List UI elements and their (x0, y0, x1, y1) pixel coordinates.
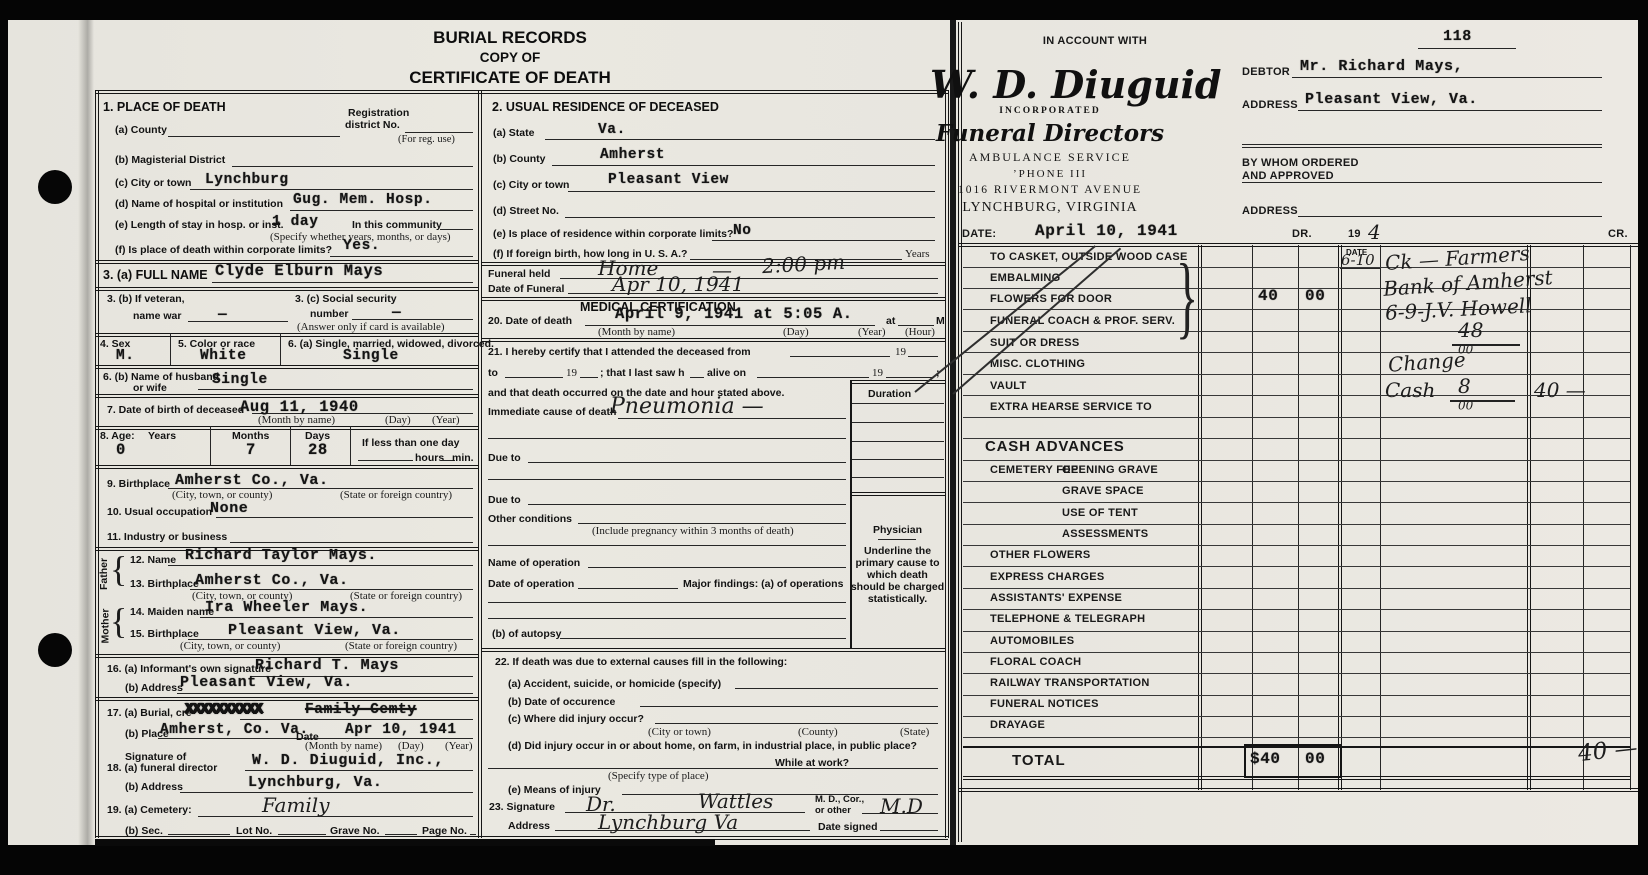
cert-border-top (95, 90, 948, 94)
duration-cell-rule (852, 422, 944, 423)
s3c-value: — (392, 305, 401, 321)
section-divider (95, 333, 478, 337)
s7-sub3: (Year) (432, 414, 460, 426)
rule (1292, 77, 1602, 78)
s8-months-value: 7 (246, 441, 256, 459)
s1-county-label: (a) County (115, 124, 167, 136)
cr-header: CR. (1608, 228, 1628, 240)
father-birth-value: Amherst Co., Va. (195, 572, 349, 589)
ledger-item: DRAYAGE (990, 719, 1045, 731)
s2-city-label: (c) City or town (493, 179, 569, 191)
s19-lot-label: Lot No. (236, 825, 272, 837)
ledger-vline (1380, 245, 1381, 790)
ledger-row-rule (963, 460, 1630, 461)
s3b-value: — (218, 307, 227, 323)
rule (200, 617, 473, 618)
s7-label: 7. Date of birth of deceased (107, 404, 244, 416)
op-date-label: Date of operation (488, 578, 574, 590)
father-brace: { (110, 548, 127, 590)
rule (168, 136, 340, 137)
ledger-item: ASSISTANTS' EXPENSE (990, 592, 1122, 604)
op-label: Name of operation (488, 557, 580, 569)
duration-box-top (850, 380, 945, 384)
s21-lastsaw: ; that I last saw h (600, 367, 685, 379)
s18-label2: 18. (a) funeral director (107, 762, 217, 774)
ledger-row-rule (963, 395, 1630, 396)
ledger-bottom-border (958, 788, 1640, 792)
duration-box-left (850, 380, 852, 648)
cert-column-divider (478, 90, 482, 838)
year-typed: 19 (1348, 228, 1361, 240)
street-address: 1016 RIVERMONT AVENUE (930, 184, 1170, 196)
s11-label: 11. Industry or business (107, 531, 227, 543)
s2-state-value: Va. (598, 122, 626, 138)
business-type: Funeral Directors (930, 120, 1170, 147)
ledger-row-rule (963, 502, 1630, 503)
s1-city-label: (c) City or town (115, 177, 191, 189)
in-account-with: IN ACCOUNT WITH (980, 35, 1210, 47)
dr-header: DR. (1292, 228, 1312, 240)
rule (560, 638, 846, 639)
funeral-date-label: Date of Funeral (488, 283, 564, 295)
incorporated-label: INCORPORATED (930, 106, 1170, 116)
cause-value: Pneumonia — (610, 394, 764, 419)
s10-label: 10. Usual occupation (107, 506, 212, 518)
ledger-row-rule (963, 524, 1630, 525)
s16-value: Richard T. Mays (255, 657, 399, 674)
s1-city-value: Lynchburg (205, 172, 289, 188)
physician-note: Underline the primary cause to which dea… (850, 545, 945, 605)
firm-name: W. D. Diuguid (930, 62, 1170, 107)
cell-divider (280, 333, 281, 365)
total-rule-bottom (963, 776, 1630, 780)
ledger-top-border (958, 243, 1640, 247)
rule (908, 356, 938, 357)
rule (198, 389, 473, 390)
s22-c-sub2: (County) (798, 726, 838, 738)
rule (1242, 147, 1602, 148)
ledger-item: TO CASKET, OUTSIDE WOOD CASE (990, 251, 1188, 263)
physician-label: Physician (850, 524, 945, 536)
section-divider (95, 465, 478, 469)
ledger-item: FUNERAL COACH & PROF. SERV. (990, 315, 1175, 327)
ledger-row-rule (963, 716, 1630, 717)
ledger-item: VAULT (990, 380, 1027, 392)
s20-m-label: M (936, 315, 945, 327)
ledger-item: FLORAL COACH (990, 656, 1081, 668)
casket-group-bracket: } (1176, 243, 1198, 349)
rule (216, 517, 473, 518)
rule (488, 479, 846, 480)
rule (190, 189, 473, 190)
s21-alive: alive on (707, 367, 746, 379)
s22-d-sub: (Specify type of place) (608, 770, 708, 782)
duration-box-bottom (850, 492, 945, 496)
ledger-vline (1527, 245, 1531, 790)
duration-label: Duration (868, 388, 911, 400)
ordered-label-2: AND APPROVED (1242, 170, 1334, 182)
rule (1450, 400, 1515, 402)
s23-md-label2: or other (815, 805, 851, 816)
s1-hospital-value: Gug. Mem. Hosp. (293, 192, 433, 208)
cell-divider (350, 426, 351, 465)
rule (790, 356, 890, 357)
rule (1452, 344, 1520, 346)
s3a-value: Clyde Elburn Mays (215, 262, 383, 280)
s17-label: 17. (a) Burial, cre (107, 707, 192, 719)
s23-addr-value: Lynchburg Va (598, 810, 738, 834)
s23-date-label: Date signed (818, 821, 878, 833)
year-handwritten: 4 (1368, 220, 1381, 244)
rule (177, 693, 473, 694)
rule (470, 834, 476, 835)
s2-years-label: Years (905, 248, 930, 260)
s3c-label2: number (310, 308, 349, 320)
rule (232, 166, 473, 167)
section-divider (95, 365, 478, 369)
section-divider (95, 287, 478, 291)
ledger-vline (1252, 245, 1253, 790)
s20-sub1: (Month by name) (598, 326, 675, 338)
ledger-item: FUNERAL NOTICES (990, 698, 1099, 710)
s8-less-label: If less than one day (362, 437, 459, 449)
ledger-row-rule (963, 673, 1630, 674)
s2-corp-value: No (733, 223, 752, 239)
ledger-page-number: 118 (1443, 28, 1472, 45)
mother-brace: { (110, 600, 127, 642)
rule (488, 545, 846, 546)
cause-label: Immediate cause of death (488, 406, 616, 418)
s1-registration-label: Registration (348, 107, 409, 119)
section-divider (481, 338, 945, 342)
s22-a-label: (a) Accident, suicide, or homicide (spec… (508, 678, 721, 690)
funeral-held-time: 2:00 pm (761, 250, 845, 278)
total-label: TOTAL (1012, 752, 1066, 769)
ledger-row-rule (963, 481, 1630, 482)
ledger-item: GRAVE SPACE (1062, 485, 1144, 497)
s21-line1: 21. I hereby certify that I attended the… (488, 346, 751, 358)
cert-border-left (95, 90, 99, 838)
s23-md-label1: M. D., Cor., (815, 794, 864, 805)
rule (690, 377, 704, 378)
s17-value: Family Cemty (305, 702, 417, 718)
ledger-item: USE OF TENT (1062, 507, 1138, 519)
spine-shadow (78, 20, 94, 845)
rule (578, 523, 846, 524)
scan-shadow-bottom-left (95, 839, 715, 846)
scanned-burial-record: BURIAL RECORDS COPY OF CERTIFICATE OF DE… (0, 0, 1648, 875)
scan-margin-left (0, 0, 8, 875)
rule (757, 377, 869, 378)
s9-sub2: (State or foreign country) (340, 489, 452, 501)
rule (735, 688, 938, 689)
s18-addr-value: Lynchburg, Va. (248, 774, 382, 791)
duration-cell-rule (852, 403, 944, 404)
rule (886, 377, 934, 378)
phone-line: ’PHONE III (930, 168, 1170, 180)
ledger-row-rule (963, 652, 1630, 653)
s9-label: 9. Birthplace (107, 478, 170, 490)
s1-corporate-label: (f) Is place of death within corporate l… (115, 244, 332, 256)
ledger-item: MISC. CLOTHING (990, 358, 1085, 370)
s2-heading: 2. USUAL RESIDENCE OF DECEASED (492, 100, 719, 114)
s2-city-value: Pleasant View (608, 172, 729, 188)
rule (568, 191, 935, 192)
scan-margin-top (0, 0, 1648, 20)
doc-title-1: BURIAL RECORDS (330, 28, 690, 48)
rule (1298, 216, 1602, 217)
section-divider (481, 648, 945, 652)
address-label: ADDRESS (1242, 99, 1298, 111)
mother-sub1: (City, town, or county) (180, 640, 280, 652)
s20-sub3: (Year) (858, 326, 886, 338)
rule (712, 240, 935, 241)
s2-street-label: (d) Street No. (493, 205, 559, 217)
s9-value: Amherst Co., Va. (175, 472, 329, 489)
rule (240, 719, 473, 720)
rule (528, 462, 846, 463)
s17-date-value: Apr 10, 1941 (345, 722, 457, 738)
rule (578, 588, 678, 589)
debtor-value: Mr. Richard Mays, (1300, 58, 1463, 75)
s22-b-label: (b) Date of occurence (508, 696, 615, 708)
rule (198, 816, 473, 817)
s8-days-value: 28 (308, 441, 328, 459)
s8-min-label: min. (452, 452, 474, 464)
ledger-row-rule (963, 417, 1630, 418)
ordered-label-1: BY WHOM ORDERED (1242, 157, 1359, 169)
s1-corporate-value: Yes. (343, 238, 380, 254)
funeral-held-label: Funeral held (488, 268, 550, 280)
duration-cell-rule (852, 441, 944, 442)
ledger-row-rule (963, 737, 1630, 738)
father-name-value: Richard Taylor Mays. (185, 547, 377, 564)
s10-value: None (210, 500, 248, 517)
rule (330, 256, 473, 257)
ledger-item: AUTOMOBILES (990, 635, 1074, 647)
s22-c-label: (c) Where did injury occur? (508, 713, 644, 725)
s21-19b: 19 (566, 367, 577, 379)
s20-sub2: (Day) (783, 326, 809, 338)
s21-to-label: to (488, 367, 498, 379)
doc-title-2: COPY OF (330, 50, 690, 65)
s1-magisterial-label: (b) Magisterial District (115, 154, 225, 166)
s23-md-value: M.D (880, 794, 923, 818)
rule (1242, 144, 1602, 145)
s21-19a: 19 (895, 346, 906, 358)
rule (852, 768, 938, 769)
s1-heading: 1. PLACE OF DEATH (103, 100, 226, 114)
rule (230, 542, 473, 543)
doc-title-3: CERTIFICATE OF DEATH (330, 68, 690, 88)
rule (488, 438, 846, 439)
address2-label: ADDRESS (1242, 205, 1298, 217)
rule (385, 834, 417, 835)
total-dollars: $40 (1250, 750, 1281, 768)
ledger-row-rule (963, 695, 1630, 696)
s8-hours-label: hours (415, 452, 444, 464)
s5-value: White (200, 348, 247, 364)
s17-sub1: (Month by name) (305, 740, 382, 752)
rule (405, 132, 473, 133)
rule (588, 567, 846, 568)
s16-addr-value: Pleasant View, Va. (180, 674, 353, 691)
father-birth-label: 13. Birthplace (130, 578, 199, 590)
s17-struck-value: XXXXXXXXXX (185, 702, 262, 718)
s8-years-label: Years (148, 430, 176, 442)
ledger-item: RAILWAY TRANSPORTATION (990, 677, 1150, 689)
s19-label: 19. (a) Cemetery: (107, 804, 192, 816)
charge-dollars: 40 (1258, 287, 1278, 305)
s20-value: April 9, 1941 at 5:05 A. (615, 305, 853, 323)
s1-district-label: district No. (345, 119, 400, 131)
findings-label: Major findings: (a) of operations (683, 578, 843, 590)
s3b-label2: name war (133, 310, 181, 322)
mother-sub2: (State or foreign country) (345, 640, 457, 652)
ledger-item: FLOWERS FOR DOOR (990, 293, 1112, 305)
rule (188, 321, 288, 322)
account-date-value: April 10, 1941 (1035, 222, 1178, 240)
s22-c-sub1: (City or town) (648, 726, 711, 738)
rule (440, 229, 473, 230)
rule (278, 834, 326, 835)
s1-hospital-label: (d) Name of hospital or institution (115, 198, 283, 210)
rule (1298, 110, 1602, 111)
rule (488, 618, 846, 619)
duration-cell-rule (852, 477, 944, 478)
other-label: Other conditions (488, 513, 572, 525)
rule (168, 565, 473, 566)
rule (245, 770, 473, 771)
cell-divider (290, 426, 291, 465)
rule (528, 504, 846, 505)
s3c-note: (Answer only if card is available) (297, 321, 445, 333)
s19-sec-label: (b) Sec. (125, 825, 163, 837)
s1-stay-label: (e) Length of stay in hosp. or inst. (115, 219, 284, 231)
cr-entry-40: 40 — (1534, 378, 1586, 402)
father-side-label: Father (98, 558, 110, 590)
debtor-label: DEBTOR (1242, 66, 1290, 78)
ledger-item: EXTRA HEARSE SERVICE TO (990, 401, 1152, 413)
s19-page-label: Page No. (422, 825, 467, 837)
rule (545, 139, 935, 140)
rule (352, 319, 473, 320)
other-sub: (Include pregnancy within 3 months of de… (592, 525, 794, 537)
rule (552, 165, 935, 166)
charge-cents: 00 (1305, 287, 1325, 305)
ledger-vline (1338, 245, 1342, 790)
ledger-row-rule (963, 566, 1630, 567)
address-value: Pleasant View, Va. (1305, 91, 1478, 108)
duration-cell-rule (852, 459, 944, 460)
punch-hole-top (38, 170, 72, 204)
ledger-row-rule (963, 609, 1630, 610)
rule (505, 377, 563, 378)
ledger-row-rule (963, 588, 1630, 589)
rule (168, 834, 230, 835)
cell-divider (210, 426, 211, 465)
s23-label: 23. Signature (489, 801, 555, 813)
s8-years-value: 0 (116, 441, 126, 459)
rule (880, 830, 938, 831)
punch-hole-bottom (38, 633, 72, 667)
rule (655, 723, 938, 724)
s20-sub4: (Hour) (905, 326, 935, 338)
account-date-label: DATE: (962, 228, 996, 240)
s2-county-label: (b) County (493, 153, 546, 165)
ambulance-service: AMBULANCE SERVICE (930, 150, 1170, 165)
s16-addr-label: (b) Address (125, 682, 183, 694)
s22-work-label: While at work? (775, 757, 849, 769)
rule (565, 217, 935, 218)
s23-addr-label: Address (508, 820, 550, 832)
s17-sub2: (Day) (398, 740, 424, 752)
rule (878, 539, 916, 540)
rule (358, 460, 413, 461)
s22-d-label: (d) Did injury occur in or about home, o… (508, 740, 917, 752)
date-col-value: 6-10 (1341, 251, 1375, 269)
s17-place-value: Amherst, Co. Va. (160, 722, 309, 738)
city-state: LYNCHBURG, VIRGINIA (930, 200, 1170, 216)
s21-19c: 19 (872, 367, 883, 379)
mother-name-value: Ira Wheeler Mays. (205, 599, 368, 616)
cell-divider (170, 333, 171, 365)
rule (640, 706, 938, 707)
s1-community-label: In this community (352, 219, 442, 231)
s2-corp-label: (e) Is place of residence within corpora… (493, 228, 733, 240)
s22-c-sub3: (State) (900, 726, 929, 738)
rule (1242, 182, 1602, 183)
section-divider (95, 697, 478, 701)
s6b-label2: or wife (133, 382, 167, 394)
note-amount-8: 800 (1458, 374, 1473, 422)
due1-label: Due to (488, 452, 521, 464)
ledger-item: EXPRESS CHARGES (990, 571, 1105, 583)
scan-margin-bottom (0, 845, 1648, 875)
s18-value: W. D. Diuguid, Inc., (252, 752, 444, 769)
s18-addr-label: (b) Address (125, 781, 183, 793)
ledger-vline (1583, 245, 1584, 790)
ledger-item: OPENING GRAVE (1062, 464, 1158, 476)
rule (1418, 48, 1516, 49)
scan-margin-right (1638, 0, 1648, 875)
ledger-item: ASSESSMENTS (1062, 528, 1148, 540)
s7-sub1: (Month by name) (258, 414, 335, 426)
rule (212, 282, 473, 283)
ledger-item: OTHER FLOWERS (990, 549, 1090, 561)
s2-county-value: Amherst (600, 147, 665, 163)
s7-sub2: (Day) (385, 414, 411, 426)
s20-label: 20. Date of death (488, 315, 572, 327)
s4-value: M. (116, 348, 135, 364)
s3b-label: 3. (b) If veteran, (107, 293, 185, 305)
s2-state-label: (a) State (493, 127, 534, 139)
ledger-row-rule (963, 631, 1630, 632)
s6b-value: Single (212, 372, 268, 388)
s17-sub3: (Year) (445, 740, 473, 752)
ledger-row-rule (963, 352, 1630, 353)
s6a-value: Single (343, 348, 399, 364)
s19-grave-label: Grave No. (330, 825, 380, 837)
due2-label: Due to (488, 494, 521, 506)
ledger-row-rule (963, 545, 1630, 546)
note-cash: Cash (1385, 378, 1435, 402)
s19-cemetery-value: Family (262, 793, 330, 817)
rule (290, 210, 473, 211)
rule (580, 377, 598, 378)
s3c-label: 3. (c) Social security (295, 293, 397, 305)
ledger-vline (1198, 245, 1202, 790)
